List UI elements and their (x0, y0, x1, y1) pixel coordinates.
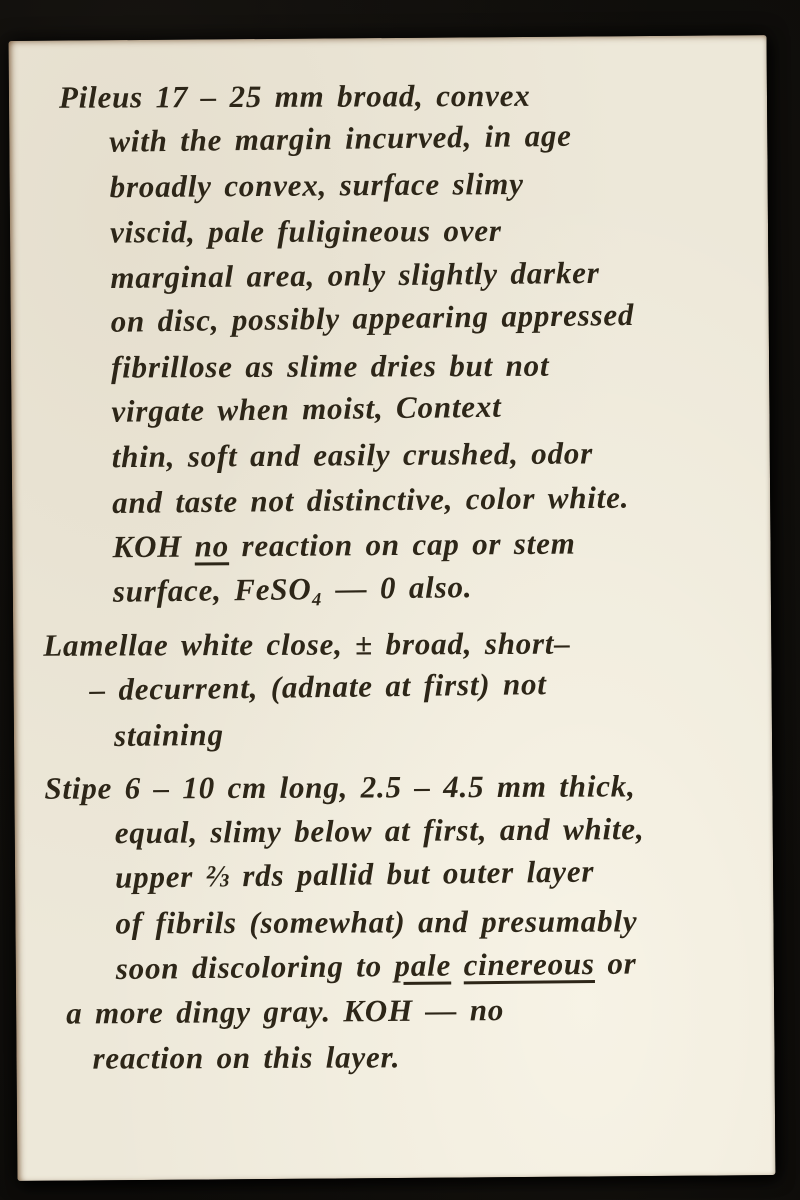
handwritten-text: Pileus 17 – 25 mm broad, convexwith the … (31, 61, 751, 1081)
note-text-segment: viscid, pale fuligineous over (110, 213, 502, 250)
note-text-segment: of fibrils (somewhat) and presumably (115, 903, 637, 940)
note-text-segment: virgate when moist, Context (111, 389, 502, 429)
note-text-segment (451, 947, 464, 982)
note-text-segment: broadly convex, surface slimy (110, 166, 524, 204)
note-line: with the margin incurved, in age (31, 111, 744, 165)
note-line: reaction on this layer. (38, 1033, 750, 1081)
note-line: broadly convex, surface slimy (32, 159, 744, 210)
note-text-segment: Lamellae white close, ± broad, short– (43, 626, 570, 663)
note-line: Stipe 6 – 10 cm long, 2.5 – 4.5 mm thick… (36, 763, 748, 811)
note-text-segment: upper ⅔ rds pallid but outer layer (115, 854, 595, 895)
note-text-segment: staining (114, 717, 224, 753)
note-text-segment: marginal area, only slightly darker (110, 255, 600, 295)
note-line: on disc, possibly appearing appressed (32, 290, 745, 344)
note-line: soon discoloring to pale cinereous or (38, 939, 750, 991)
note-line: upper ⅔ rds pallid but outer layer (37, 846, 750, 900)
note-text-segment: a more dingy gray. KOH — no (66, 992, 504, 1030)
note-card: Pileus 17 – 25 mm broad, convexwith the … (9, 35, 776, 1181)
note-text-segment: soon discoloring to (116, 948, 395, 986)
note-text-segment: or (595, 946, 637, 981)
note-text-segment: reaction on this layer. (92, 1039, 400, 1075)
underlined-word: pale (394, 947, 451, 983)
note-text-segment: with the margin incurved, in age (109, 118, 572, 159)
note-text-segment: and taste not distinctive, color white. (112, 480, 629, 520)
note-line: virgate when moist, Context (33, 380, 746, 434)
note-text-segment: equal, slimy below at first, and white, (115, 811, 645, 850)
underlined-word: cinereous (463, 946, 595, 982)
note-line: viscid, pale fuligineous over (32, 207, 744, 255)
photo-background: Pileus 17 – 25 mm broad, convexwith the … (0, 0, 800, 1200)
note-text-segment: reaction on cap or stem (229, 526, 576, 564)
note-line: of fibrils (somewhat) and presumably (37, 898, 749, 946)
note-line: and taste not distinctive, color white. (34, 473, 746, 525)
note-text-segment: – decurrent, (adnate at first) not (89, 666, 547, 707)
note-line: staining (36, 706, 748, 758)
note-text-segment: on disc, possibly appearing appressed (111, 297, 635, 339)
note-text-segment: fibrillose as slime dries but not (111, 348, 549, 385)
note-text-segment: thin, soft and easily crushed, odor (112, 435, 593, 474)
note-line: thin, soft and easily crushed, odor (34, 429, 746, 480)
note-line: a more dingy gray. KOH — no (38, 985, 750, 1036)
note-line: – decurrent, (adnate at first) not (35, 658, 748, 712)
note-text-segment: Pileus 17 – 25 mm broad, convex (59, 78, 531, 115)
note-text-segment: surface, FeSO₄ — 0 also. (113, 569, 473, 609)
note-text-segment: KOH (112, 529, 194, 565)
note-text-segment: Stipe 6 – 10 cm long, 2.5 – 4.5 mm thick… (44, 768, 635, 805)
underlined-word: no (195, 528, 230, 563)
note-line: surface, FeSO₄ — 0 also. (35, 560, 748, 614)
